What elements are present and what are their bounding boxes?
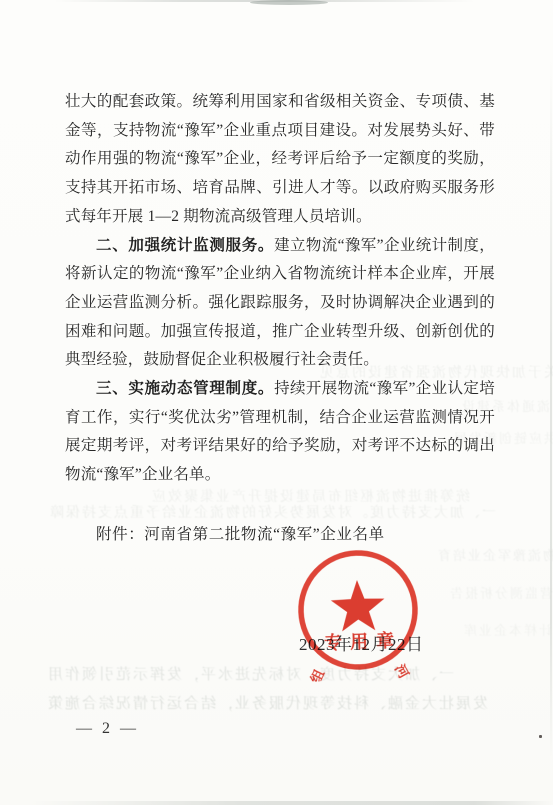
bleedthrough-text: 发展壮大金融、科技等现代服务业，结合运行情况综合施策 xyxy=(46,692,488,713)
scan-edge-artifact xyxy=(250,0,328,5)
seal-star-icon xyxy=(330,579,385,632)
attachment-line: 附件：河南省第二批物流“豫军”企业名单 xyxy=(65,521,495,550)
paragraph-text: 壮大的配套政策。统筹利用国家和省级相关资金、专项债、基金等，支持物流“豫军”企业… xyxy=(65,93,495,225)
bleedthrough-text: 运营监测分析报告 xyxy=(448,583,553,602)
seal-graphic: 河南省服务业工作领导小组 专用章 xyxy=(286,538,431,683)
paragraph-lead: 三、实施动态管理制度。 xyxy=(96,380,274,397)
paragraph-dynamic-management: 三、实施动态管理制度。持续开展物流“豫军”企业认定培育工作，实行“奖优汰劣”管理… xyxy=(65,375,495,490)
scanned-document-page: 关于加快现代物流强省建设的意见 流通体系建设 供应链创新发展 统筹推进物流枢纽布… xyxy=(0,0,553,805)
paragraph-statistics-monitoring: 二、加强统计监测服务。建立物流“豫军”企业统计制度，将新认定的物流“豫军”企业纳… xyxy=(65,232,495,376)
scan-speck-artifact xyxy=(539,735,542,738)
scan-edge-artifact xyxy=(30,801,553,805)
bleedthrough-text: 统计样本企业库 xyxy=(462,620,553,639)
paragraph-lead: 二、加强统计监测服务。 xyxy=(96,237,274,254)
official-seal: 河南省服务业工作领导小组 专用章 xyxy=(286,538,431,683)
paragraph-support-policy: 壮大的配套政策。统筹利用国家和省级相关资金、专项债、基金等，支持物流“豫军”企业… xyxy=(65,88,495,232)
page-number: — 2 — xyxy=(76,720,139,738)
paragraph-text: 建立物流“豫军”企业统计制度，将新认定的物流“豫军”企业纳入省物流统计样本企业库… xyxy=(65,237,495,369)
document-body: 壮大的配套政策。统筹利用国家和省级相关资金、专项债、基金等，支持物流“豫军”企业… xyxy=(65,88,495,550)
scan-edge-artifact xyxy=(550,60,552,760)
seal-bottom-text: 专用章 xyxy=(324,629,403,653)
